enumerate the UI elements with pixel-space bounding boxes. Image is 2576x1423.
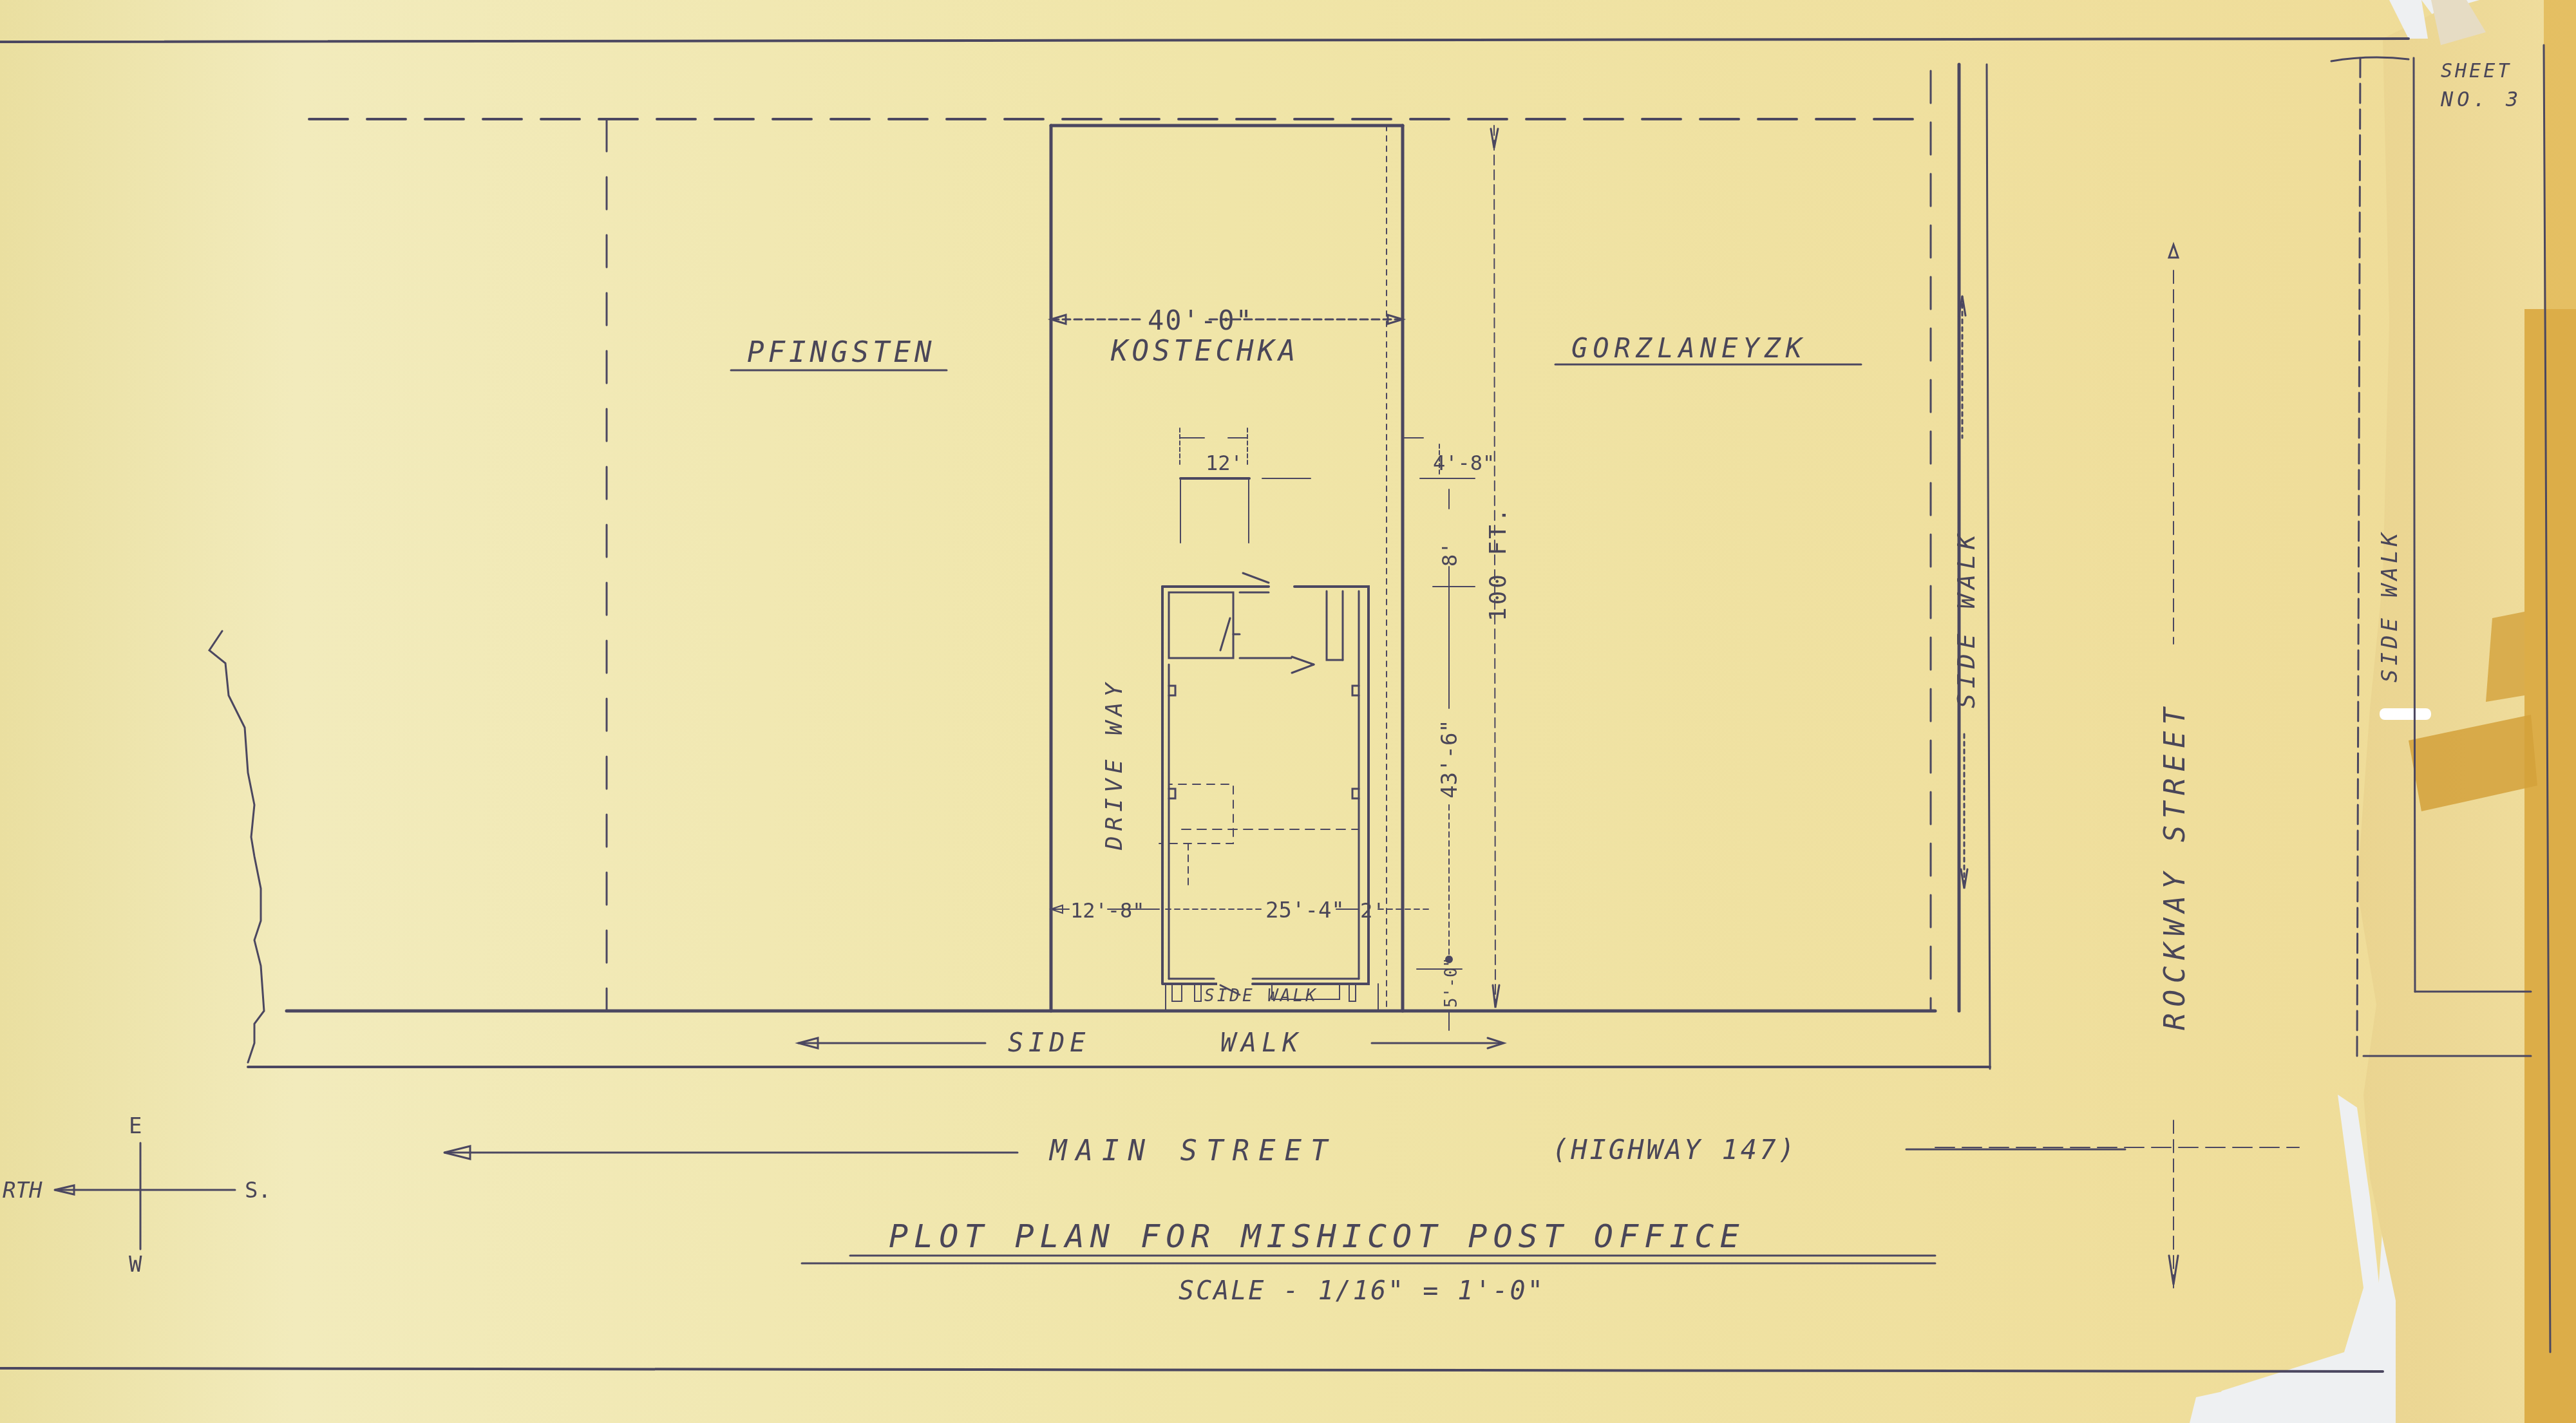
sidewalk-label-side: SIDE: [1008, 1028, 1090, 1058]
compass-south-label: S.: [245, 1178, 271, 1203]
side-gap-label: 2': [1360, 898, 1385, 923]
east-sidewalk-label: SIDE WALK: [1952, 529, 1980, 708]
far-sidewalk-label: SIDE WALK: [2377, 529, 2403, 683]
main-street-label: MAIN STREET: [1048, 1135, 1336, 1167]
front-setback-label: 5'-0": [1442, 957, 1461, 1008]
drawing-canvas: PFINGSTEN KOSTECHKA GORZLANEYZK 40'-0" 1…: [0, 0, 2576, 1423]
sheet-label: SHEET: [2441, 60, 2512, 82]
lot-owner-right: GORZLANEYZK: [1571, 332, 1807, 364]
compass-west-label: W: [129, 1252, 142, 1277]
side-clearance-label: 4'-8": [1433, 451, 1495, 475]
driveway-label: DRIVE WAY: [1101, 678, 1128, 851]
plot-plan-sheet: PFINGSTEN KOSTECHKA GORZLANEYZK 40'-0" 1…: [0, 0, 2576, 1423]
building-depth-label: 43'-6": [1437, 719, 1463, 798]
sheet-number: NO. 3: [2440, 87, 2522, 111]
plan-title: PLOT PLAN FOR MISHICOT POST OFFICE: [889, 1218, 1745, 1255]
building-width-label: 25'-4": [1265, 898, 1345, 923]
compass-east-label: E: [129, 1113, 142, 1139]
driveway-width-label: 12'-8": [1070, 898, 1145, 923]
rear-addition-width-label: 12': [1206, 451, 1243, 475]
lot-owner-left: PFINGSTEN: [747, 336, 935, 369]
building-sidewalk-label: SIDE WALK: [1204, 986, 1318, 1006]
lot-owner-center: KOSTECHKA: [1110, 335, 1299, 368]
highway-label: (HIGHWAY 147): [1552, 1134, 1797, 1165]
plan-scale: SCALE - 1/16" = 1'-0": [1179, 1276, 1545, 1306]
rockway-street-label: ROCKWAY STREET: [2159, 701, 2192, 1030]
rear-addition-depth-label: 8': [1437, 542, 1462, 567]
lot-width-label: 40'-0": [1148, 305, 1253, 336]
lot-depth-label: 100 FT.: [1485, 505, 1511, 621]
compass-north-label: RTH: [3, 1178, 43, 1203]
sidewalk-label-walk: WALK: [1220, 1028, 1303, 1058]
